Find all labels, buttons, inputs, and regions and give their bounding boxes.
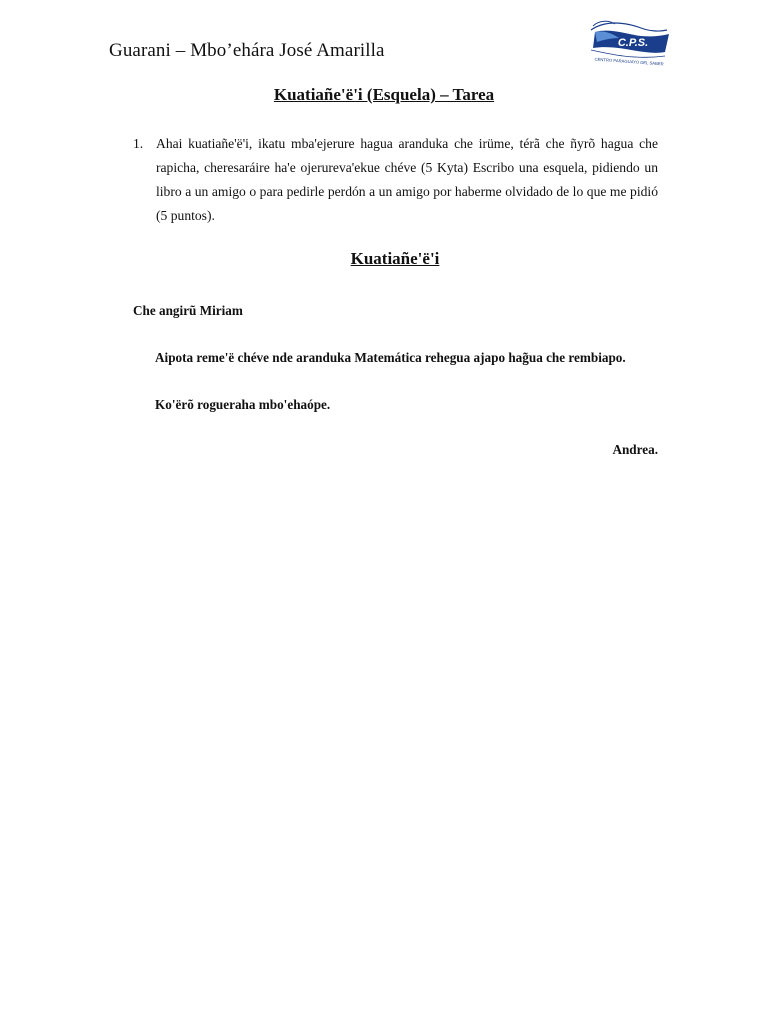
cps-logo: C.P.S. CENTRO PARAGUAYO DEL SABER [585,18,671,66]
task-item: 1. Ahai kuatiañe'ë'i, ikatu mba'ejerure … [133,132,658,228]
letter-body-line: Ko'ërõ rogueraha mbo'ehaópe. [155,397,330,413]
svg-text:C.P.S.: C.P.S. [618,37,648,49]
letter-greeting: Che angirũ Miriam [133,303,243,319]
letter-signature: Andrea. [612,442,658,458]
cps-logo-icon: C.P.S. CENTRO PARAGUAYO DEL SABER [585,18,671,66]
document-title: Kuatiañe'ë'i (Esquela) – Tarea [0,85,768,105]
task-number: 1. [133,132,143,156]
svg-text:CENTRO PARAGUAYO DEL SABER: CENTRO PARAGUAYO DEL SABER [594,57,663,66]
letter-title: Kuatiañe'ë'i [0,249,768,269]
letter-body-line: Aipota reme'ë chéve nde aranduka Matemát… [155,350,626,366]
document-header-title: Guarani – Mbo’ehára José Amarilla [109,40,385,62]
task-text: Ahai kuatiañe'ë'i, ikatu mba'ejerure hag… [156,132,658,228]
